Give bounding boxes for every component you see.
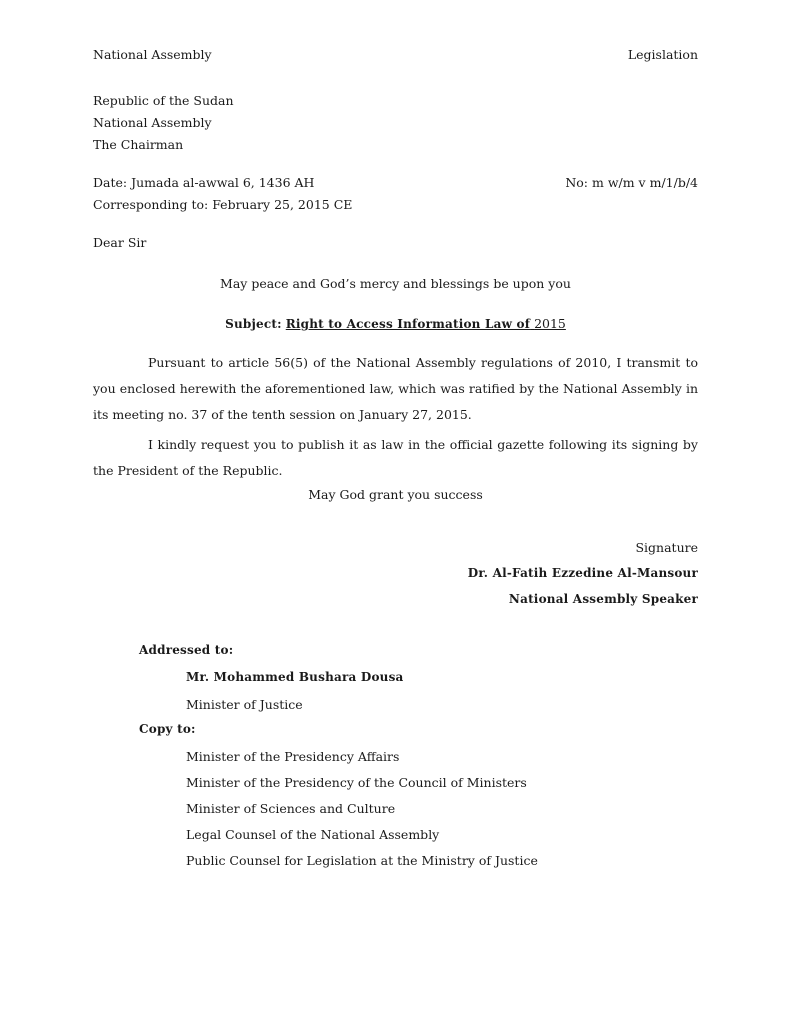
copy-to-label: Copy to: [139, 722, 196, 736]
sender-body: National Assembly [93, 115, 212, 130]
body-paragraph-2: I kindly request you to publish it as la… [93, 432, 698, 484]
copy-recipient: Minister of the Presidency Affairs [186, 749, 399, 764]
header-left: National Assembly [93, 47, 212, 62]
body-paragraph-1: Pursuant to article 56(5) of the Nationa… [93, 350, 698, 428]
copy-recipient: Minister of the Presidency of the Counci… [186, 775, 527, 790]
subject-year: 2015 [534, 316, 566, 331]
greeting: Dear Sir [93, 235, 146, 250]
signatory-name: Dr. Al-Fatih Ezzedine Al-Mansour [468, 566, 698, 580]
reference-number: No: m w/m v m/1/b/4 [565, 175, 698, 190]
subject-label: Subject: [225, 317, 282, 331]
subject-title: Right to Access Information Law of [286, 317, 530, 331]
copy-recipient: Legal Counsel of the National Assembly [186, 827, 439, 842]
date-hijri: Date: Jumada al-awwal 6, 1436 AH [93, 175, 314, 190]
subject-line: Subject: Right to Access Information Law… [0, 316, 791, 331]
signature-label: Signature [635, 540, 698, 555]
copy-recipient: Public Counsel for Legislation at the Mi… [186, 853, 538, 868]
addressee-title: Minister of Justice [186, 697, 303, 712]
addressee-name: Mr. Mohammed Bushara Dousa [186, 670, 404, 684]
signatory-title: National Assembly Speaker [509, 592, 698, 606]
body-paragraph-1-text: Pursuant to article 56(5) of the Nationa… [93, 355, 698, 422]
copy-recipient: Minister of Sciences and Culture [186, 801, 395, 816]
sender-country: Republic of the Sudan [93, 93, 234, 108]
closing: May God grant you success [0, 487, 791, 502]
salutation: May peace and God’s mercy and blessings … [0, 276, 791, 291]
sender-office: The Chairman [93, 137, 183, 152]
addressee-label: Addressed to: [139, 643, 233, 657]
date-gregorian: Corresponding to: February 25, 2015 CE [93, 197, 352, 212]
header-right: Legislation [628, 47, 698, 62]
body-paragraph-2-text: I kindly request you to publish it as la… [93, 437, 698, 478]
